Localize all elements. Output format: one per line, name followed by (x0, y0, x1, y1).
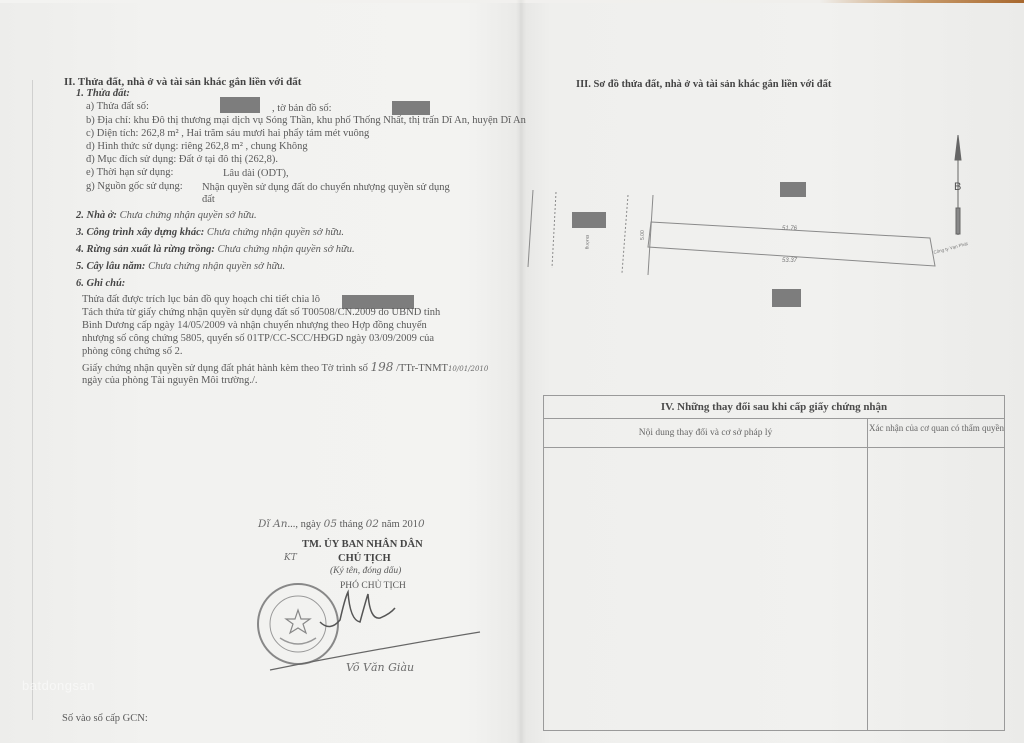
kt-handwritten: KT (284, 552, 297, 564)
authority-confirmation-cell (867, 448, 1005, 730)
sign-date-line: Dĩ An..., ngày 05 tháng 02 năm 2010 (258, 518, 425, 531)
notes-heading: 6. Ghi chú: (76, 278, 125, 290)
right-neighbor-label: Công ty Vạn Phát (933, 241, 969, 255)
watermark: batdongsan (22, 678, 95, 693)
notes-line-3: Bình Dương cấp ngày 14/05/2009 và nhận c… (82, 320, 427, 332)
notes-line-1: Thửa đất được trích lục bản đồ quy hoạch… (82, 294, 320, 306)
width-label: 5.00 (640, 230, 646, 240)
area-line: c) Diện tích: 262,8 m² , Hai trăm sáu mư… (86, 128, 369, 140)
item-other-construction: 3. Công trình xây dựng khác: Chưa chứng … (76, 227, 344, 239)
notes-line-6-text: Giấy chứng nhận quyền sử dụng đất phát h… (82, 363, 368, 374)
item-other-construction-value: Chưa chứng nhận quyền sở hữu. (207, 227, 344, 238)
usage-term-label: e) Thời hạn sử dụng: (86, 167, 173, 179)
sign-note: (Ký tên, đóng dấu) (330, 565, 401, 577)
item-perennial-trees: 5. Cây lâu năm: Chưa chứng nhận quyền sở… (76, 261, 285, 273)
signature-scribble (320, 592, 395, 627)
changes-table: IV. Những thay đổi sau khi cấp giấy chứn… (543, 395, 1005, 731)
register-label: Số vào sổ cấp GCN: (62, 713, 148, 725)
place-handwritten: Dĩ An (258, 518, 287, 530)
redacted-road-name (572, 212, 606, 228)
usage-purpose-line: đ) Mục đích sử dụng: Đất ở tại đô thị (2… (86, 154, 278, 166)
item-planted-forest-label: 4. Rừng sản xuất là rừng trồng: (76, 244, 215, 255)
submission-suffix: /TTr-TNMT (396, 363, 448, 374)
top-edge-length: 51.76 (782, 226, 798, 232)
day-handwritten: 05 (324, 518, 337, 530)
north-label: B (954, 181, 961, 193)
date-prefix: ..., ngày (287, 519, 321, 530)
map-sheet-label: , tờ bản đồ số: (272, 103, 332, 115)
address-line: b) Địa chỉ: khu Đô thị thương mại dịch v… (86, 115, 526, 127)
org-title: TM. ỦY BAN NHÂN DÂN (302, 539, 423, 551)
notes-line-2: Tách thửa từ giấy chứng nhận quyền sử dụ… (82, 307, 440, 319)
margin-line (32, 80, 33, 720)
item-perennial-trees-label: 5. Cây lâu năm: (76, 261, 145, 272)
item-planted-forest: 4. Rừng sản xuất là rừng trồng: Chưa chứ… (76, 244, 355, 256)
parcel-diagram: B 51.76 53.37 5.00 Đường Công ty Vạn Phá… (520, 130, 1020, 320)
parcel-no-label: a) Thửa đất số: (86, 101, 149, 113)
origin-label: g) Nguồn gốc sử dụng: (86, 181, 183, 193)
redacted-parcel-no (220, 97, 260, 113)
seal-icon (258, 584, 338, 664)
notes-line-5: phòng công chứng số 2. (82, 346, 182, 358)
submission-no-handwritten: 198 (371, 360, 394, 374)
item-other-construction-label: 3. Công trình xây dựng khác: (76, 227, 204, 238)
item-perennial-trees-value: Chưa chứng nhận quyền sở hữu. (148, 261, 285, 272)
origin-value-line1: Nhận quyền sử dụng đất do chuyển nhượng … (202, 182, 450, 194)
signer-name: Võ Văn Giàu (346, 662, 414, 674)
notes-line-7: ngày của phòng Tài nguyên Môi trường./. (82, 375, 258, 387)
usage-form-line: d) Hình thức sử dụng: riêng 262,8 m² , c… (86, 141, 308, 153)
item-house-value: Chưa chứng nhận quyền sở hữu. (120, 210, 257, 221)
month-label: tháng (340, 519, 363, 530)
submission-date-handwritten: 10/01/2010 (448, 365, 488, 373)
notes-line-4: nhượng số công chứng 5805, quyển số 01TP… (82, 333, 434, 345)
change-content-cell (544, 448, 867, 730)
redacted-neighbor-south (772, 289, 801, 307)
item-house-label: 2. Nhà ở: (76, 210, 117, 221)
column-header-authority-confirmation: Xác nhận của cơ quan có thẩm quyền (867, 419, 1005, 448)
usage-term-value: Lâu dài (ODT), (223, 168, 289, 180)
chairman-title: CHỦ TỊCH (338, 553, 391, 565)
road-label: Đường (585, 235, 590, 250)
year-label: năm 201 (382, 519, 418, 530)
item-planted-forest-value: Chưa chứng nhận quyền sở hữu. (218, 244, 355, 255)
section-2-heading: II. Thửa đất, nhà ở và tài sản khác gắn … (64, 76, 301, 88)
land-heading: 1. Thửa đất: (76, 88, 130, 100)
section-3-heading: III. Sơ đồ thửa đất, nhà ở và tài sản kh… (576, 79, 831, 91)
page-fold (516, 0, 526, 743)
month-handwritten: 02 (366, 518, 379, 530)
bottom-edge-length: 53.37 (782, 258, 798, 264)
redacted-neighbor-north (780, 182, 806, 197)
section-4-heading: IV. Những thay đổi sau khi cấp giấy chứn… (544, 396, 1004, 419)
redacted-map-sheet-no (392, 101, 430, 115)
notes-line-6: Giấy chứng nhận quyền sử dụng đất phát h… (82, 361, 488, 375)
origin-value-line2: đất (202, 194, 215, 206)
column-header-change-content: Nội dung thay đổi và cơ sở pháp lý (544, 419, 867, 448)
item-house: 2. Nhà ở: Chưa chứng nhận quyền sở hữu. (76, 210, 257, 222)
year-handwritten: 0 (418, 518, 425, 530)
